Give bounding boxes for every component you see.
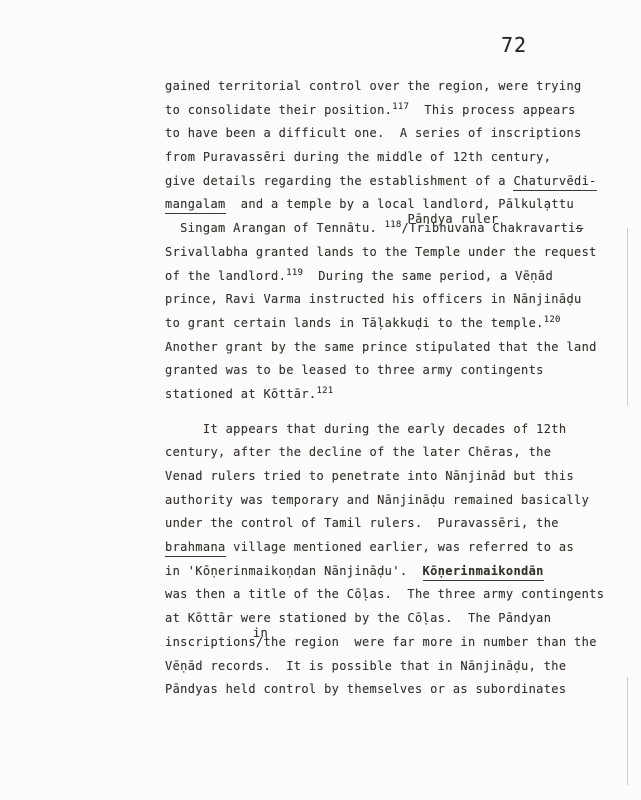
text-segment: granted was to be leased to three army c…	[165, 363, 544, 377]
text-segment: was then a title of the Cōḷas. The three…	[165, 587, 604, 601]
text-segment: Kōṇerinmaikondān	[423, 564, 544, 581]
text-segment: inscriptions	[165, 635, 256, 649]
text-line: under the control of Tamil rulers. Purav…	[165, 512, 615, 536]
text-line: inscriptionsin/the region were far more …	[165, 631, 615, 655]
paragraph: It appears that during the early decades…	[165, 418, 615, 702]
text-line: Pāndyas held control by themselves or as…	[165, 678, 615, 702]
text-line: brahmana village mentioned earlier, was …	[165, 536, 615, 560]
text-segment: century, after the decline of the later …	[165, 445, 551, 459]
text-segment: gained territorial control over the regi…	[165, 79, 582, 93]
text-line: of the landlord.119 During the same peri…	[165, 265, 615, 289]
text-segment: stationed at Kōttār.	[165, 387, 317, 401]
text-segment: in 'Kōṇerinmaikoṇdan Nānjināḍu'.	[165, 564, 423, 578]
text-segment: mangalam	[165, 197, 226, 214]
text-block: gained territorial control over the regi…	[165, 75, 615, 702]
text-line: in 'Kōṇerinmaikoṇdan Nānjināḍu'. Kōṇerin…	[165, 560, 615, 584]
scanned-document-page: 72 gained territorial control over the r…	[0, 0, 641, 800]
scan-edge-line	[627, 228, 628, 406]
text-segment: of the landlord.	[165, 269, 286, 283]
text-line: gained territorial control over the regi…	[165, 75, 615, 99]
text-line: Venad rulers tried to penetrate into Nān…	[165, 465, 615, 489]
text-line: give details regarding the establishment…	[165, 170, 615, 194]
page-number: 72	[501, 33, 527, 57]
text-line: Another grant by the same prince stipula…	[165, 336, 615, 360]
text-segment: 120	[544, 315, 561, 325]
scan-edge-line	[627, 677, 628, 785]
text-segment: prince, Ravi Varma instructed his office…	[165, 292, 582, 306]
text-line: Singam Arangan of Tennātu. 118Pāndya rul…	[165, 217, 615, 241]
text-segment: give details regarding the establishment…	[165, 174, 513, 188]
text-line: It appears that during the early decades…	[165, 418, 615, 442]
text-segment: 117	[392, 102, 409, 112]
text-segment: authority was temporary and Nānjināḍu re…	[165, 493, 589, 507]
text-segment: village mentioned earlier, was referred …	[226, 540, 574, 554]
text-segment: Singam Arangan of Tennātu.	[165, 221, 385, 235]
text-segment: This process appears	[409, 103, 576, 117]
text-segment: During the same period, a Vēṇād	[303, 269, 553, 283]
text-segment: 121	[317, 386, 334, 396]
text-segment: Pāndyas held control by themselves or as…	[165, 682, 566, 696]
text-segment: It appears that during the early decades…	[165, 422, 566, 436]
text-line: authority was temporary and Nānjināḍu re…	[165, 489, 615, 513]
text-line: to grant certain lands in Tāḷakkuḍi to t…	[165, 312, 615, 336]
text-line: from Puravassēri during the middle of 12…	[165, 146, 615, 170]
text-line: prince, Ravi Varma instructed his office…	[165, 288, 615, 312]
text-line: to consolidate their position.117 This p…	[165, 99, 615, 123]
text-line: granted was to be leased to three army c…	[165, 359, 615, 383]
text-line: was then a title of the Cōḷas. The three…	[165, 583, 615, 607]
text-line: to have been a difficult one. A series o…	[165, 122, 615, 146]
text-segment: Chaturvēdi-	[513, 174, 596, 191]
paragraph: gained territorial control over the regi…	[165, 75, 615, 407]
text-line: stationed at Kōttār.121	[165, 383, 615, 407]
text-segment: to grant certain lands in Tāḷakkuḍi to t…	[165, 316, 544, 330]
text-line: Srivallabha granted lands to the Temple …	[165, 241, 615, 265]
text-segment: under the control of Tamil rulers. Purav…	[165, 516, 559, 530]
text-segment: from Puravassēri during the middle of 12…	[165, 150, 551, 164]
text-segment: brahmana	[165, 540, 226, 557]
text-segment: at Kōttār were stationed by the Cōḷas. T…	[165, 611, 551, 625]
text-segment: Vēṇād records. It is possible that in Nā…	[165, 659, 566, 673]
text-segment: /the region were far more in number than…	[256, 635, 597, 649]
text-line: Vēṇād records. It is possible that in Nā…	[165, 655, 615, 679]
text-segment: and a temple by a local landlord, Pālkul…	[226, 197, 574, 211]
text-line: at Kōttār were stationed by the Cōḷas. T…	[165, 607, 615, 631]
text-segment: Another grant by the same prince stipula…	[165, 340, 597, 354]
text-segment: s	[576, 221, 584, 235]
text-segment: to have been a difficult one. A series o…	[165, 126, 582, 140]
text-segment: 118	[385, 220, 402, 230]
text-segment: Srivallabha granted lands to the Temple …	[165, 245, 597, 259]
text-segment: to consolidate their position.	[165, 103, 392, 117]
text-line: century, after the decline of the later …	[165, 441, 615, 465]
text-segment: 119	[286, 268, 303, 278]
text-line: mangalam and a temple by a local landlor…	[165, 193, 615, 217]
text-segment: Venad rulers tried to penetrate into Nān…	[165, 469, 574, 483]
